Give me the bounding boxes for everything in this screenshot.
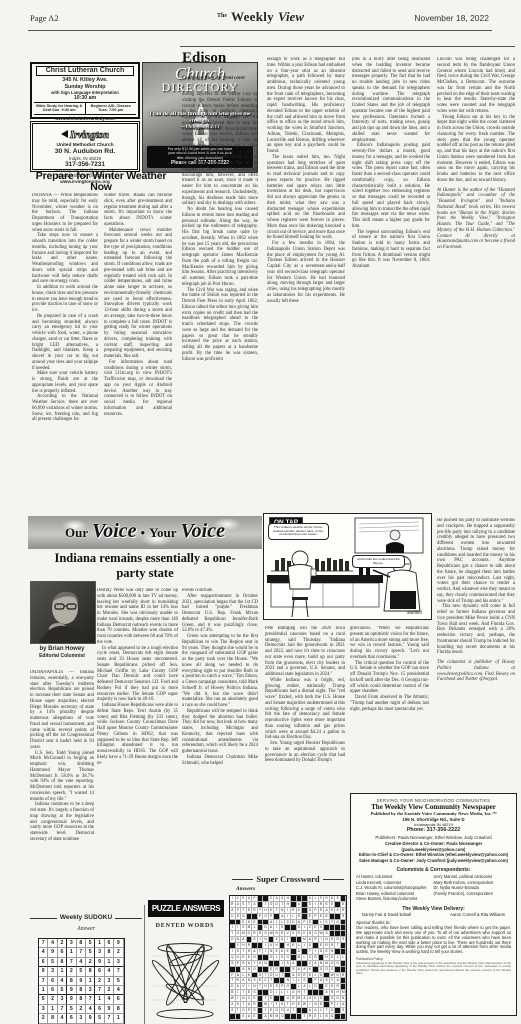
masthead-owner-list: Creative Director & Co-Owner: Paula Nice… [356, 841, 511, 863]
banner-bullet-icon: • [141, 525, 146, 540]
voice-column-4: Pete Buttigieg win the 2020 Iowa preside… [265, 626, 345, 872]
edison-headline: Edison [182, 50, 226, 66]
crossword-answers-label: Answers [236, 886, 255, 892]
voice-column-5: grievances. "When we Republicans present… [350, 626, 429, 790]
newspaper-page: Page A2 The Weekly View November 18, 202… [0, 0, 521, 1024]
edison-section-rule [180, 46, 515, 47]
our-voice-banner: Our Voice • Your Voice [28, 516, 262, 549]
masthead-box: SERVING YOUR NEIGHBORHOOD COMMUNITIES Th… [350, 793, 517, 1016]
church-phone: 317-356-7231 [35, 161, 135, 168]
crossword-title: Super Crossword [253, 874, 322, 884]
winter-article-headline: Prepare for Winter Weather Now [30, 171, 172, 193]
headline-line2: party state [116, 566, 173, 580]
voice-column-6: He pushed his party to nominate weirdos … [437, 518, 515, 790]
byline-author: by Brian Howey [30, 646, 94, 653]
author-bio: Al Hunter is the author of the "Haunted … [437, 188, 515, 251]
dented-words-block: DENTED WORDS [144, 922, 226, 1024]
church-address: 30 N. Audubon Rd. [35, 148, 135, 155]
dented-words-title: DENTED WORDS [144, 922, 226, 930]
byline-title: Editorial Columnist [30, 653, 94, 659]
dented-words-graphic [144, 930, 226, 1022]
edison-column-1: during layovers in the Motor City by vis… [182, 92, 258, 508]
sudoku-title-row: Weekly SUDOKU [30, 914, 142, 922]
banner-our: Our [65, 525, 88, 540]
edison-column-4-text: Lincoln was being challenged for a secon… [437, 57, 515, 184]
church-name: Irvington [70, 130, 109, 141]
winter-article-column-2: winter travel. Roads can become slick, e… [104, 193, 172, 515]
class-schedule: Bible Study for Hearing & Deaf Sun. 9:30… [34, 102, 136, 115]
voice-column-6-text: He pushed his party to nominate weirdos … [437, 518, 515, 656]
columnist-photo [30, 581, 96, 644]
edison-kicker: Continued from the front cover [182, 76, 245, 82]
cartoonist-signature: Mannel [407, 611, 422, 616]
rule-left [232, 879, 253, 880]
voice-column-1: INDIANAPOLIS — Indiana remains, essentia… [30, 670, 94, 910]
columnists-right: Jerry Mannel, political cartoonistMary B… [434, 874, 512, 902]
banner-voice: Voice [92, 520, 136, 542]
banner-your: Your [149, 525, 176, 540]
winter-article-column-1: INDIANA — While temperatures may be mild… [32, 193, 98, 515]
rule-left [30, 918, 57, 919]
delivery-right: Aaron Cornell & Rita Williams [450, 912, 505, 917]
byline-block: by Brian Howey Editorial Columnist [30, 646, 94, 659]
crossword-title-row: Super Crossword [232, 874, 344, 884]
masthead-title: The Weekly View Community Newspaper [356, 803, 511, 811]
delivery-names: Danny Fair & David Edsall Aaron Cornell … [356, 912, 511, 917]
nameplate-the: The [217, 13, 227, 19]
sudoku-title: Weekly SUDOKU [57, 914, 115, 922]
left-arrow-icon [61, 130, 68, 138]
ad-irvington-umc: Irvington United Methodist Church 30 N. … [30, 121, 140, 172]
delivery-left: Danny Fair & David Edsall [362, 912, 411, 917]
thanks-text: Our readers, who have been calling and t… [356, 926, 511, 955]
crossword-answer-grid: ICEUPCASHALFREERASTATOOTHASIREEKAFTERTHE… [229, 895, 347, 1021]
edison-column-4: Lincoln was being challenged for a secon… [437, 57, 515, 508]
brian-howey-portrait [31, 582, 95, 643]
sudoku-answer-label: Answer [30, 926, 142, 933]
policy-text: Advertising appearing in the Weekly View… [356, 962, 511, 976]
nameplate-view: View [278, 9, 304, 24]
columnists-left: Al Hunter, columnistLinda Kennett, colum… [356, 874, 434, 902]
sudoku-answer-grid: 7423851694961753826587429139312586477648… [38, 938, 125, 1024]
header-rule [28, 30, 492, 31]
voice-article-headline: Indiana remains essentially a one- party… [28, 551, 262, 580]
ad-christ-lutheran: Christ Lutheran Church 345 N. Kitley Ave… [30, 62, 140, 119]
nameplate-weekly: Weekly [231, 9, 274, 24]
edison-column-3: jobs in a hurry after being dismissed wh… [352, 57, 430, 508]
masthead-publisher-line: Published by the Eastside Voice Communit… [356, 811, 511, 817]
edison-column-2: enough to work as a telegrapher full tim… [267, 57, 345, 508]
schedule-cell: Beginner ASL Classes Tues. 7:00 pm [85, 103, 137, 114]
speech-bubble-1: This midterm election all the Trump-back… [268, 523, 329, 540]
voice-column-3: events conclude.After reapportionment in… [182, 588, 258, 854]
rule-right [323, 879, 344, 880]
schedule-cell: Bible Study for Hearing & Deaf Sun. 9:30… [34, 103, 85, 114]
headline-line1: Indiana remains essentially a one- [54, 551, 235, 565]
masthead-phone: Phone: 317-356-2222 [356, 827, 511, 834]
columnists-header: Columnists & Correspondents: [356, 867, 511, 873]
editorial-cartoon: ON TAP This midterm election all the Tru… [263, 513, 432, 620]
rule-right [115, 918, 142, 919]
issue-date: November 18, 2022 [414, 13, 489, 23]
columnists-lists: Al Hunter, columnistLinda Kennett, colum… [356, 874, 511, 902]
puzzle-answers-banner: PUZZLE ANSWERS [148, 900, 224, 917]
banner-voice2: Voice [181, 520, 225, 542]
church-website: www.christlutheranindy.com [34, 116, 136, 121]
voice-column-2: Destiny Wells was only able to come up w… [97, 588, 178, 906]
speech-bubble-2: All the little lies undermined the Big L… [352, 555, 405, 568]
worship-time: 10:30 am [34, 95, 136, 101]
church-name: Christ Lutheran Church [36, 66, 134, 76]
columnist-note: The columnist is publisher of Howey Poli… [437, 660, 515, 683]
